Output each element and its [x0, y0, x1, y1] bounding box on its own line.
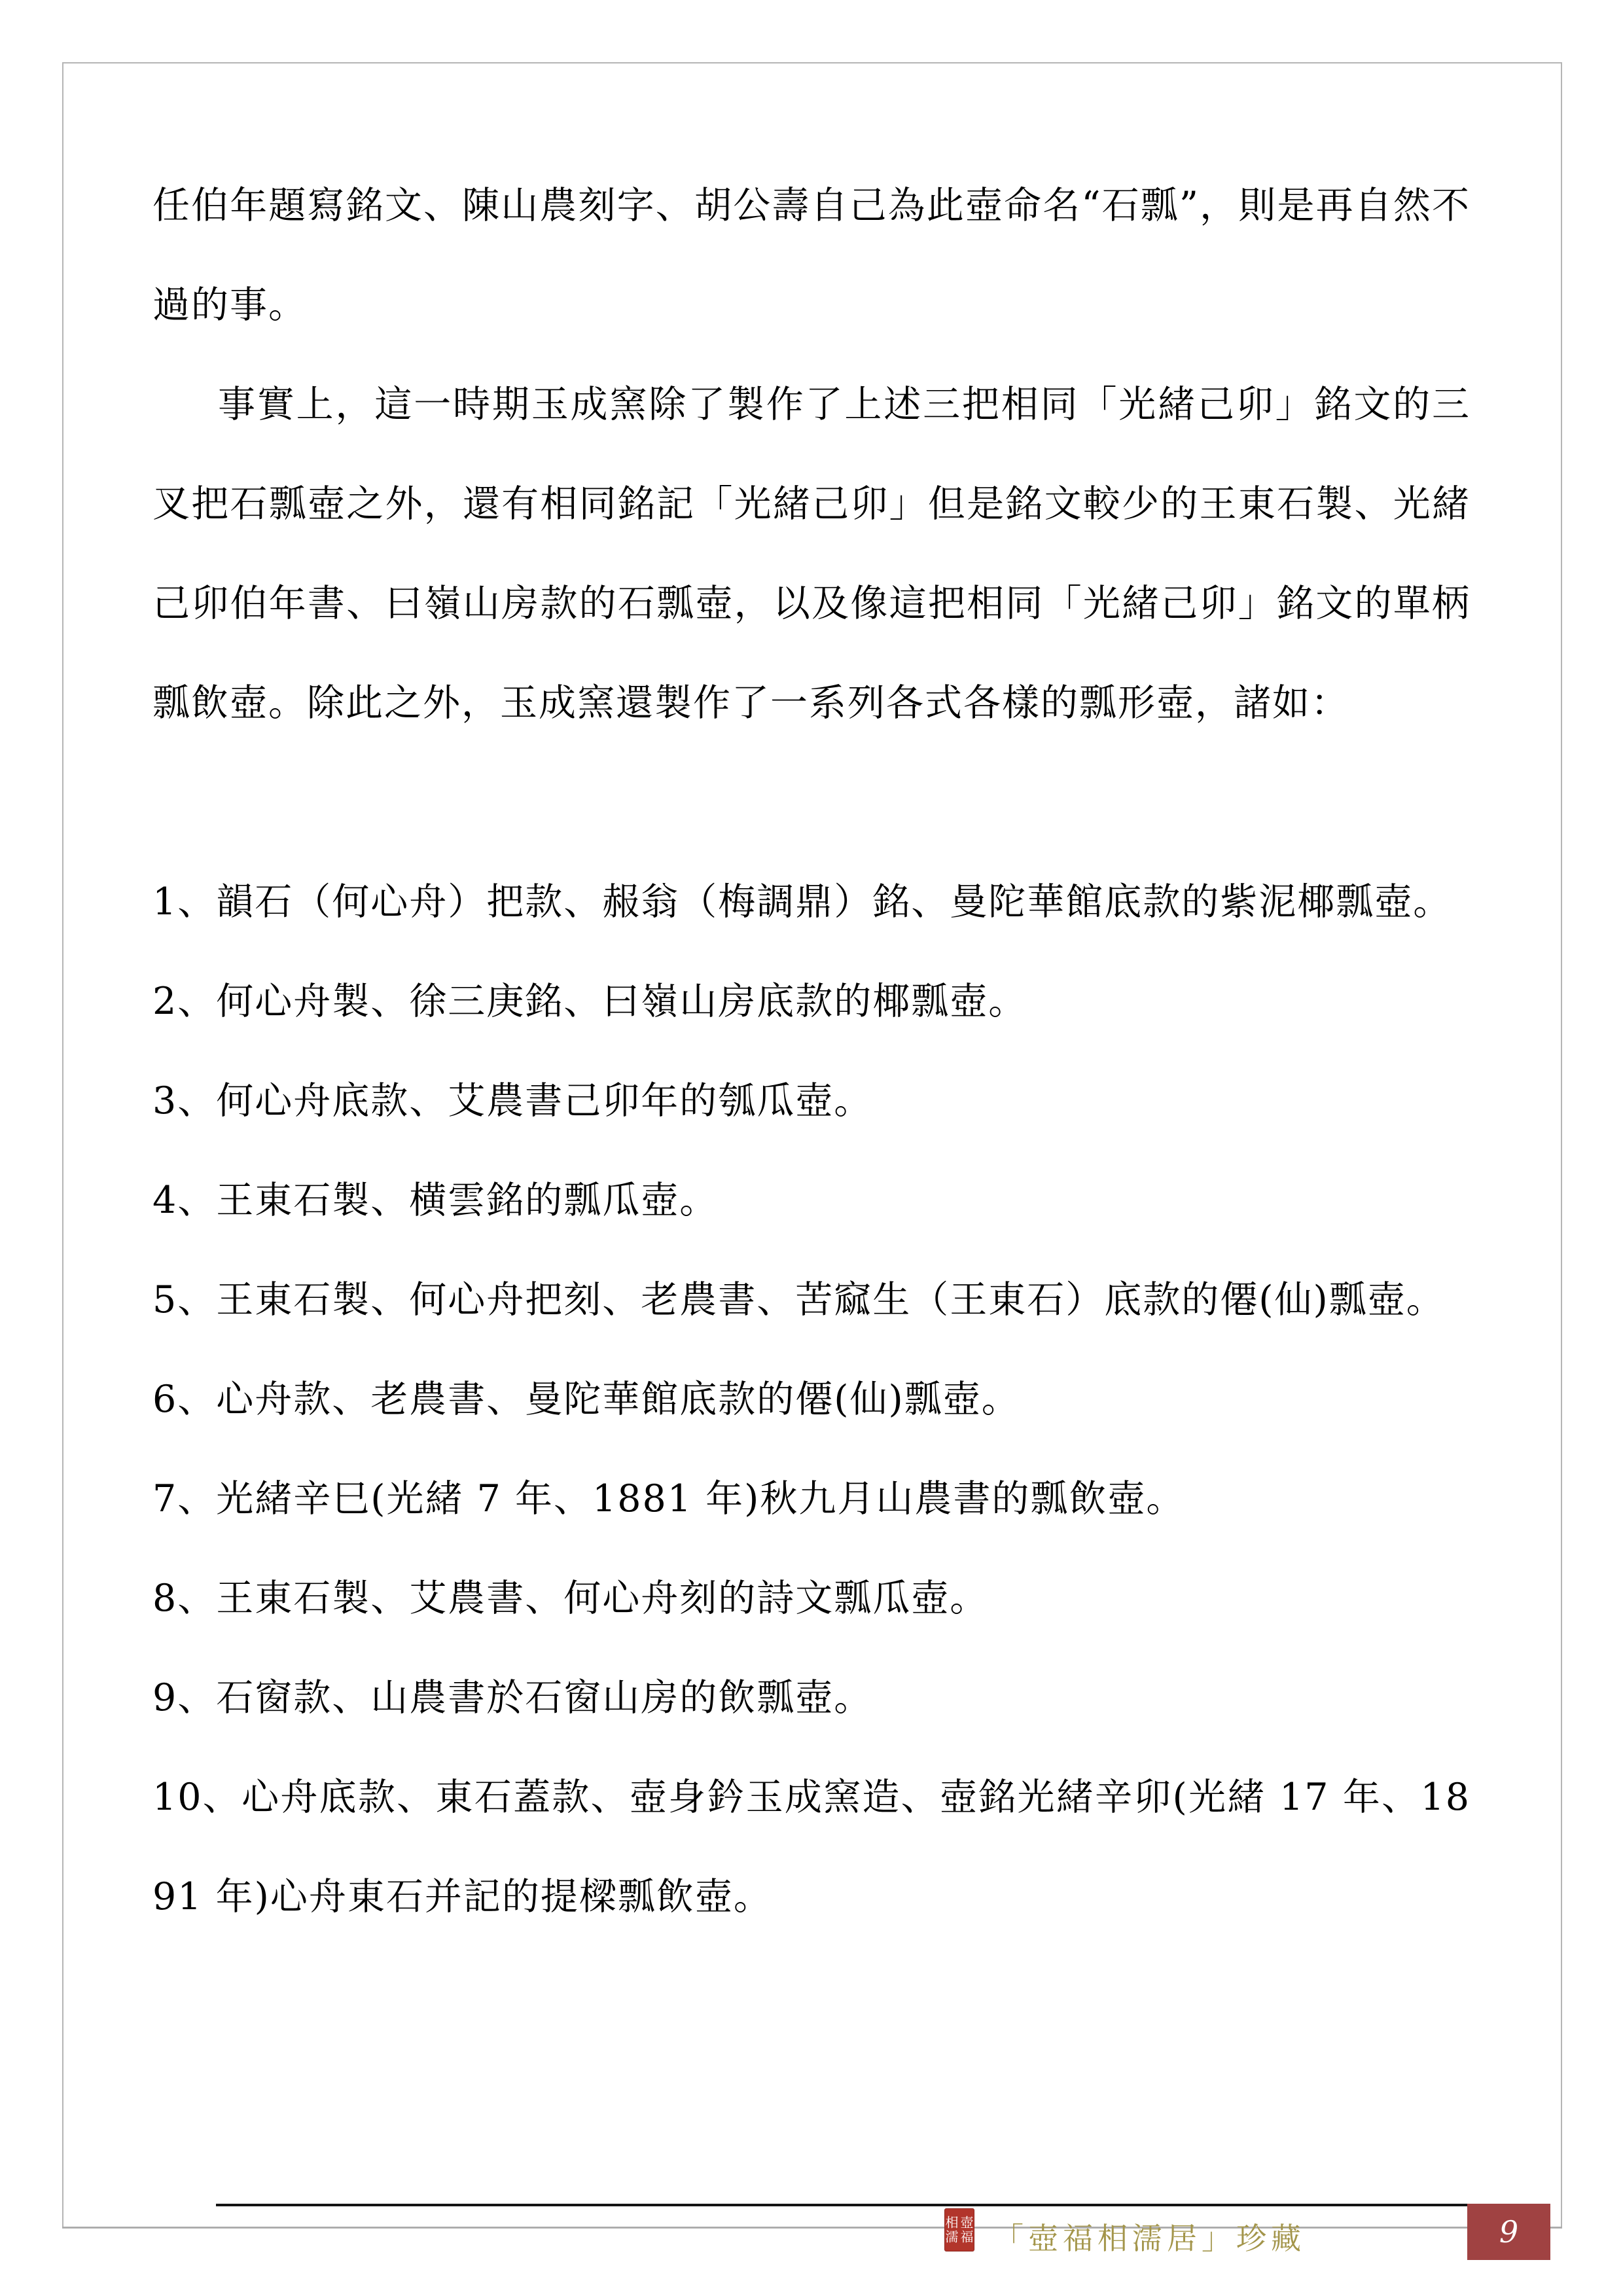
list-item: 10、心舟底款、東石蓋款、壺身鈐玉成窯造、壺銘光緒辛卯(光緒 17 年、1891… — [152, 1748, 1471, 1946]
list-item: 4、王東石製、横雲銘的瓢瓜壺。 — [152, 1151, 1471, 1250]
footer-border-line — [62, 2227, 1562, 2228]
document-page: 任伯年題寫銘文、陳山農刻字、胡公壽自己為此壺命名“石瓢”，則是再自然不過的事。 … — [0, 0, 1623, 2296]
blank-line — [152, 753, 1471, 852]
page-number: 9 — [1499, 2214, 1518, 2250]
list-item: 8、王東石製、艾農書、何心舟刻的詩文瓢瓜壺。 — [152, 1549, 1471, 1648]
footer-rule — [216, 2204, 1467, 2206]
list-item: 7、光緒辛巳(光緒 7 年、1881 年)秋九月山農書的瓢飲壺。 — [152, 1449, 1471, 1549]
collection-label: 「壺福相濡居」珍藏 — [993, 2215, 1306, 2258]
list-item: 1、韻石（何心舟）把款、赧翁（梅調鼎）銘、曼陀華館底款的紫泥椰瓢壺。 — [152, 852, 1471, 952]
paragraph: 任伯年題寫銘文、陳山農刻字、胡公壽自己為此壺命名“石瓢”，則是再自然不過的事。 — [152, 156, 1471, 355]
list-item: 9、石窗款、山農書於石窗山房的飲瓢壺。 — [152, 1648, 1471, 1748]
body-text: 任伯年題寫銘文、陳山農刻字、胡公壽自己為此壺命名“石瓢”，則是再自然不過的事。 … — [152, 156, 1471, 1946]
paragraph: 事實上，這一時期玉成窯除了製作了上述三把相同「光緒己卯」銘文的三叉把石瓢壺之外，… — [152, 355, 1471, 753]
collection-seal-stamp: 壺福相濡 — [944, 2208, 974, 2251]
list-item: 5、王東石製、何心舟把刻、老農書、苦窳生（王東石）底款的僊(仙)瓢壺。 — [152, 1250, 1471, 1350]
list-item: 2、何心舟製、徐三庚銘、曰嶺山房底款的椰瓢壺。 — [152, 952, 1471, 1051]
list-item: 6、心舟款、老農書、曼陀華館底款的僊(仙)瓢壺。 — [152, 1350, 1471, 1449]
page-number-box: 9 — [1467, 2204, 1550, 2260]
list-item: 3、何心舟底款、艾農書己卯年的瓠瓜壺。 — [152, 1051, 1471, 1151]
